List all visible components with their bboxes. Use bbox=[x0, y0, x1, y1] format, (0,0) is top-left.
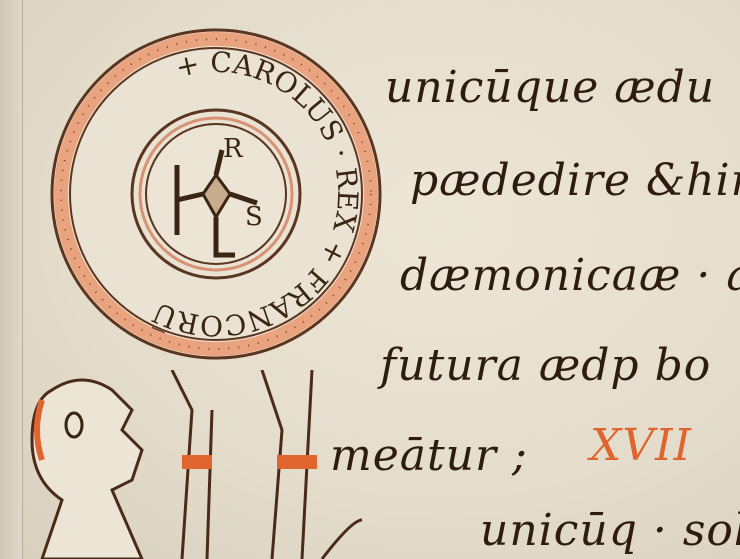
rubric-numeral: XVII bbox=[590, 420, 692, 471]
text-line-4: futura ædp bo bbox=[380, 340, 711, 391]
text-line-1: unicūque ædu bbox=[385, 62, 715, 113]
svg-text:S: S bbox=[245, 202, 263, 232]
seal-illustration: R S + CAROLUS · REX + FRANCORU̅ bbox=[47, 25, 385, 363]
svg-text:R: R bbox=[223, 134, 244, 164]
text-line-2: pædedire &hin bbox=[410, 155, 740, 206]
page-gutter bbox=[0, 0, 23, 559]
figure-illustration bbox=[22, 370, 362, 559]
text-line-6: unicūq · sol bbox=[480, 505, 740, 556]
text-line-3: dæmonicaæ · a bbox=[400, 250, 740, 301]
